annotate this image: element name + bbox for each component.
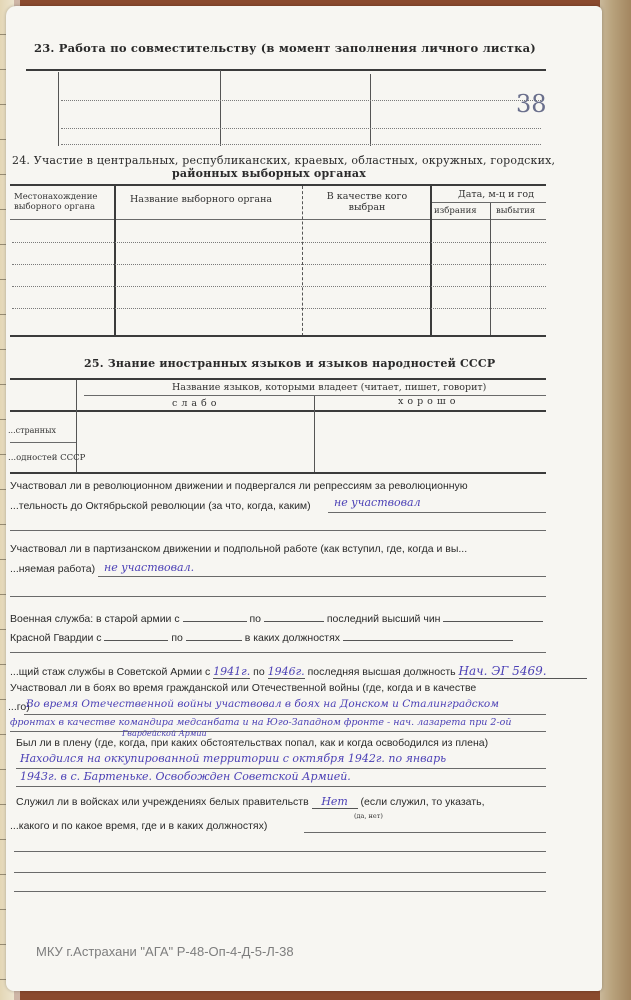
row-foreign-languages: ...странных — [8, 426, 56, 435]
revolution-question-line1: Участвовал ли в революционном движении и… — [10, 480, 468, 492]
answer-line — [304, 832, 546, 833]
table-line — [114, 186, 116, 336]
section-23-title: 23. Работа по совместительству (в момент… — [34, 41, 536, 55]
row-ussr-languages: ...одностей СССР — [8, 453, 85, 463]
white-service-line2: ...какого и по какое время, где и в каки… — [10, 820, 267, 832]
last-position-label: последняя высшая должность — [308, 666, 456, 678]
white-service-label: Служил ли в войсках или учреждениях белы… — [16, 796, 309, 808]
answer-line — [10, 530, 546, 531]
captivity-question: Был ли в плену (где, когда, при каких об… — [16, 737, 488, 749]
table-line — [61, 100, 541, 101]
red-guard-to-label: по — [171, 632, 183, 644]
level-good-header: хорошо — [398, 396, 459, 407]
captivity-answer-line2[interactable]: 1943г. в с. Бартеньке. Освобожден Советс… — [20, 770, 351, 783]
answer-line — [10, 652, 546, 653]
revolution-question-line2: ...тельность до Октябрьской революции (з… — [10, 500, 311, 512]
red-guard-to-field[interactable] — [186, 640, 242, 641]
section-25-title: 25. Знание иностранных языков и языков н… — [84, 357, 495, 370]
section-24-title-line1: 24. Участие в центральных, республиканск… — [12, 154, 555, 167]
next-page-edge — [600, 0, 631, 1000]
col-date-elected-header: избрания — [434, 206, 477, 216]
table-line — [10, 378, 546, 380]
white-service-answer[interactable]: Нет — [312, 795, 358, 809]
answer-line — [10, 596, 546, 597]
military-old-army-label: Военная служба: в старой армии с — [10, 613, 180, 625]
white-service-line1: Служил ли в войсках или учреждениях белы… — [16, 795, 485, 809]
table-line — [10, 442, 76, 443]
col-elected-as-header: В качестве кого выбран — [312, 191, 422, 213]
table-line — [10, 219, 546, 220]
partisan-question-line2: ...няемая работа) — [10, 563, 95, 575]
table-line — [370, 74, 371, 146]
languages-header: Название языков, которыми владеет (читае… — [172, 382, 486, 393]
col-date-header: Дата, м-ц и год — [446, 189, 546, 200]
table-line — [12, 286, 546, 287]
last-rank-label: последний высший чин — [327, 613, 441, 625]
divider — [26, 69, 546, 71]
positions-field[interactable] — [343, 640, 513, 641]
answer-line — [328, 512, 546, 513]
answer-line — [14, 851, 546, 852]
table-line — [314, 396, 315, 472]
table-line — [10, 410, 546, 412]
table-line — [431, 202, 546, 203]
yes-no-hint: (да, нет) — [354, 812, 383, 820]
old-army-from-field[interactable] — [183, 621, 247, 622]
positions-label: в каких должностях — [245, 632, 340, 644]
white-service-instruction: (если служил, то указать, — [361, 796, 485, 808]
soviet-army-to-label: по — [253, 666, 265, 678]
archive-reference: МКУ г.Астрахани "АГА" Р-48-Оп-4-Д-5-Л-38 — [36, 944, 294, 959]
table-line — [61, 128, 541, 129]
revolution-answer[interactable]: не участвовал — [334, 496, 421, 509]
table-line — [10, 472, 546, 474]
form-page: 23. Работа по совместительству (в момент… — [6, 6, 602, 991]
table-line — [84, 395, 546, 396]
table-line — [220, 70, 221, 146]
military-line2: Красной Гвардии с по в каких должностях — [10, 632, 513, 644]
section-24-title-line2: районных выборных органах — [172, 167, 366, 180]
military-line1: Военная служба: в старой армии с по посл… — [10, 613, 543, 625]
table-line — [10, 184, 546, 186]
table-line — [430, 186, 432, 336]
level-weak-header: слабо — [172, 398, 220, 409]
soviet-army-label: ...щий стаж службы в Советской Армии с — [10, 666, 210, 678]
table-line — [12, 308, 546, 309]
answer-line — [98, 576, 546, 577]
answer-line — [14, 891, 546, 892]
red-guard-from-field[interactable] — [104, 640, 168, 641]
answer-line — [24, 714, 546, 715]
table-line — [12, 242, 546, 243]
col-date-left-header: выбытия — [496, 206, 535, 216]
table-line — [302, 186, 303, 336]
table-line — [490, 203, 491, 336]
last-position-field[interactable]: Нач. ЭГ 5469. — [459, 664, 587, 679]
handwritten-page-number: 38 — [516, 90, 547, 118]
table-line — [10, 335, 546, 337]
soviet-army-to-field[interactable]: 1946г. — [268, 665, 305, 679]
table-line — [61, 144, 541, 145]
military-line3: ...щий стаж службы в Советской Армии с 1… — [10, 664, 587, 679]
partisan-question-line1: Участвовал ли в партизанском движении и … — [10, 543, 467, 555]
battles-answer-line1[interactable]: Во время Отечественной войны участвовал … — [26, 698, 499, 710]
col-body-name-header: Название выборного органа — [130, 194, 272, 205]
captivity-answer-line1[interactable]: Находился на оккупированной территории с… — [20, 752, 446, 765]
old-army-to-label: по — [249, 613, 261, 625]
old-army-to-field[interactable] — [264, 621, 324, 622]
col-location-header: Местонахождение выборного органа — [14, 192, 109, 212]
red-guard-label: Красной Гвардии с — [10, 632, 102, 644]
answer-line — [16, 786, 546, 787]
soviet-army-from-field[interactable]: 1941г. — [213, 665, 250, 679]
answer-line — [10, 731, 546, 732]
answer-line — [14, 872, 546, 873]
partisan-answer[interactable]: не участвовал. — [104, 561, 194, 574]
battles-question-line1: Участвовал ли в боях во время гражданско… — [10, 682, 476, 694]
table-line — [12, 264, 546, 265]
last-rank-field[interactable] — [443, 621, 543, 622]
battles-answer-line2[interactable]: фронтах в качестве командира медсанбата … — [10, 717, 512, 728]
table-line — [58, 72, 59, 146]
answer-line — [16, 768, 546, 769]
